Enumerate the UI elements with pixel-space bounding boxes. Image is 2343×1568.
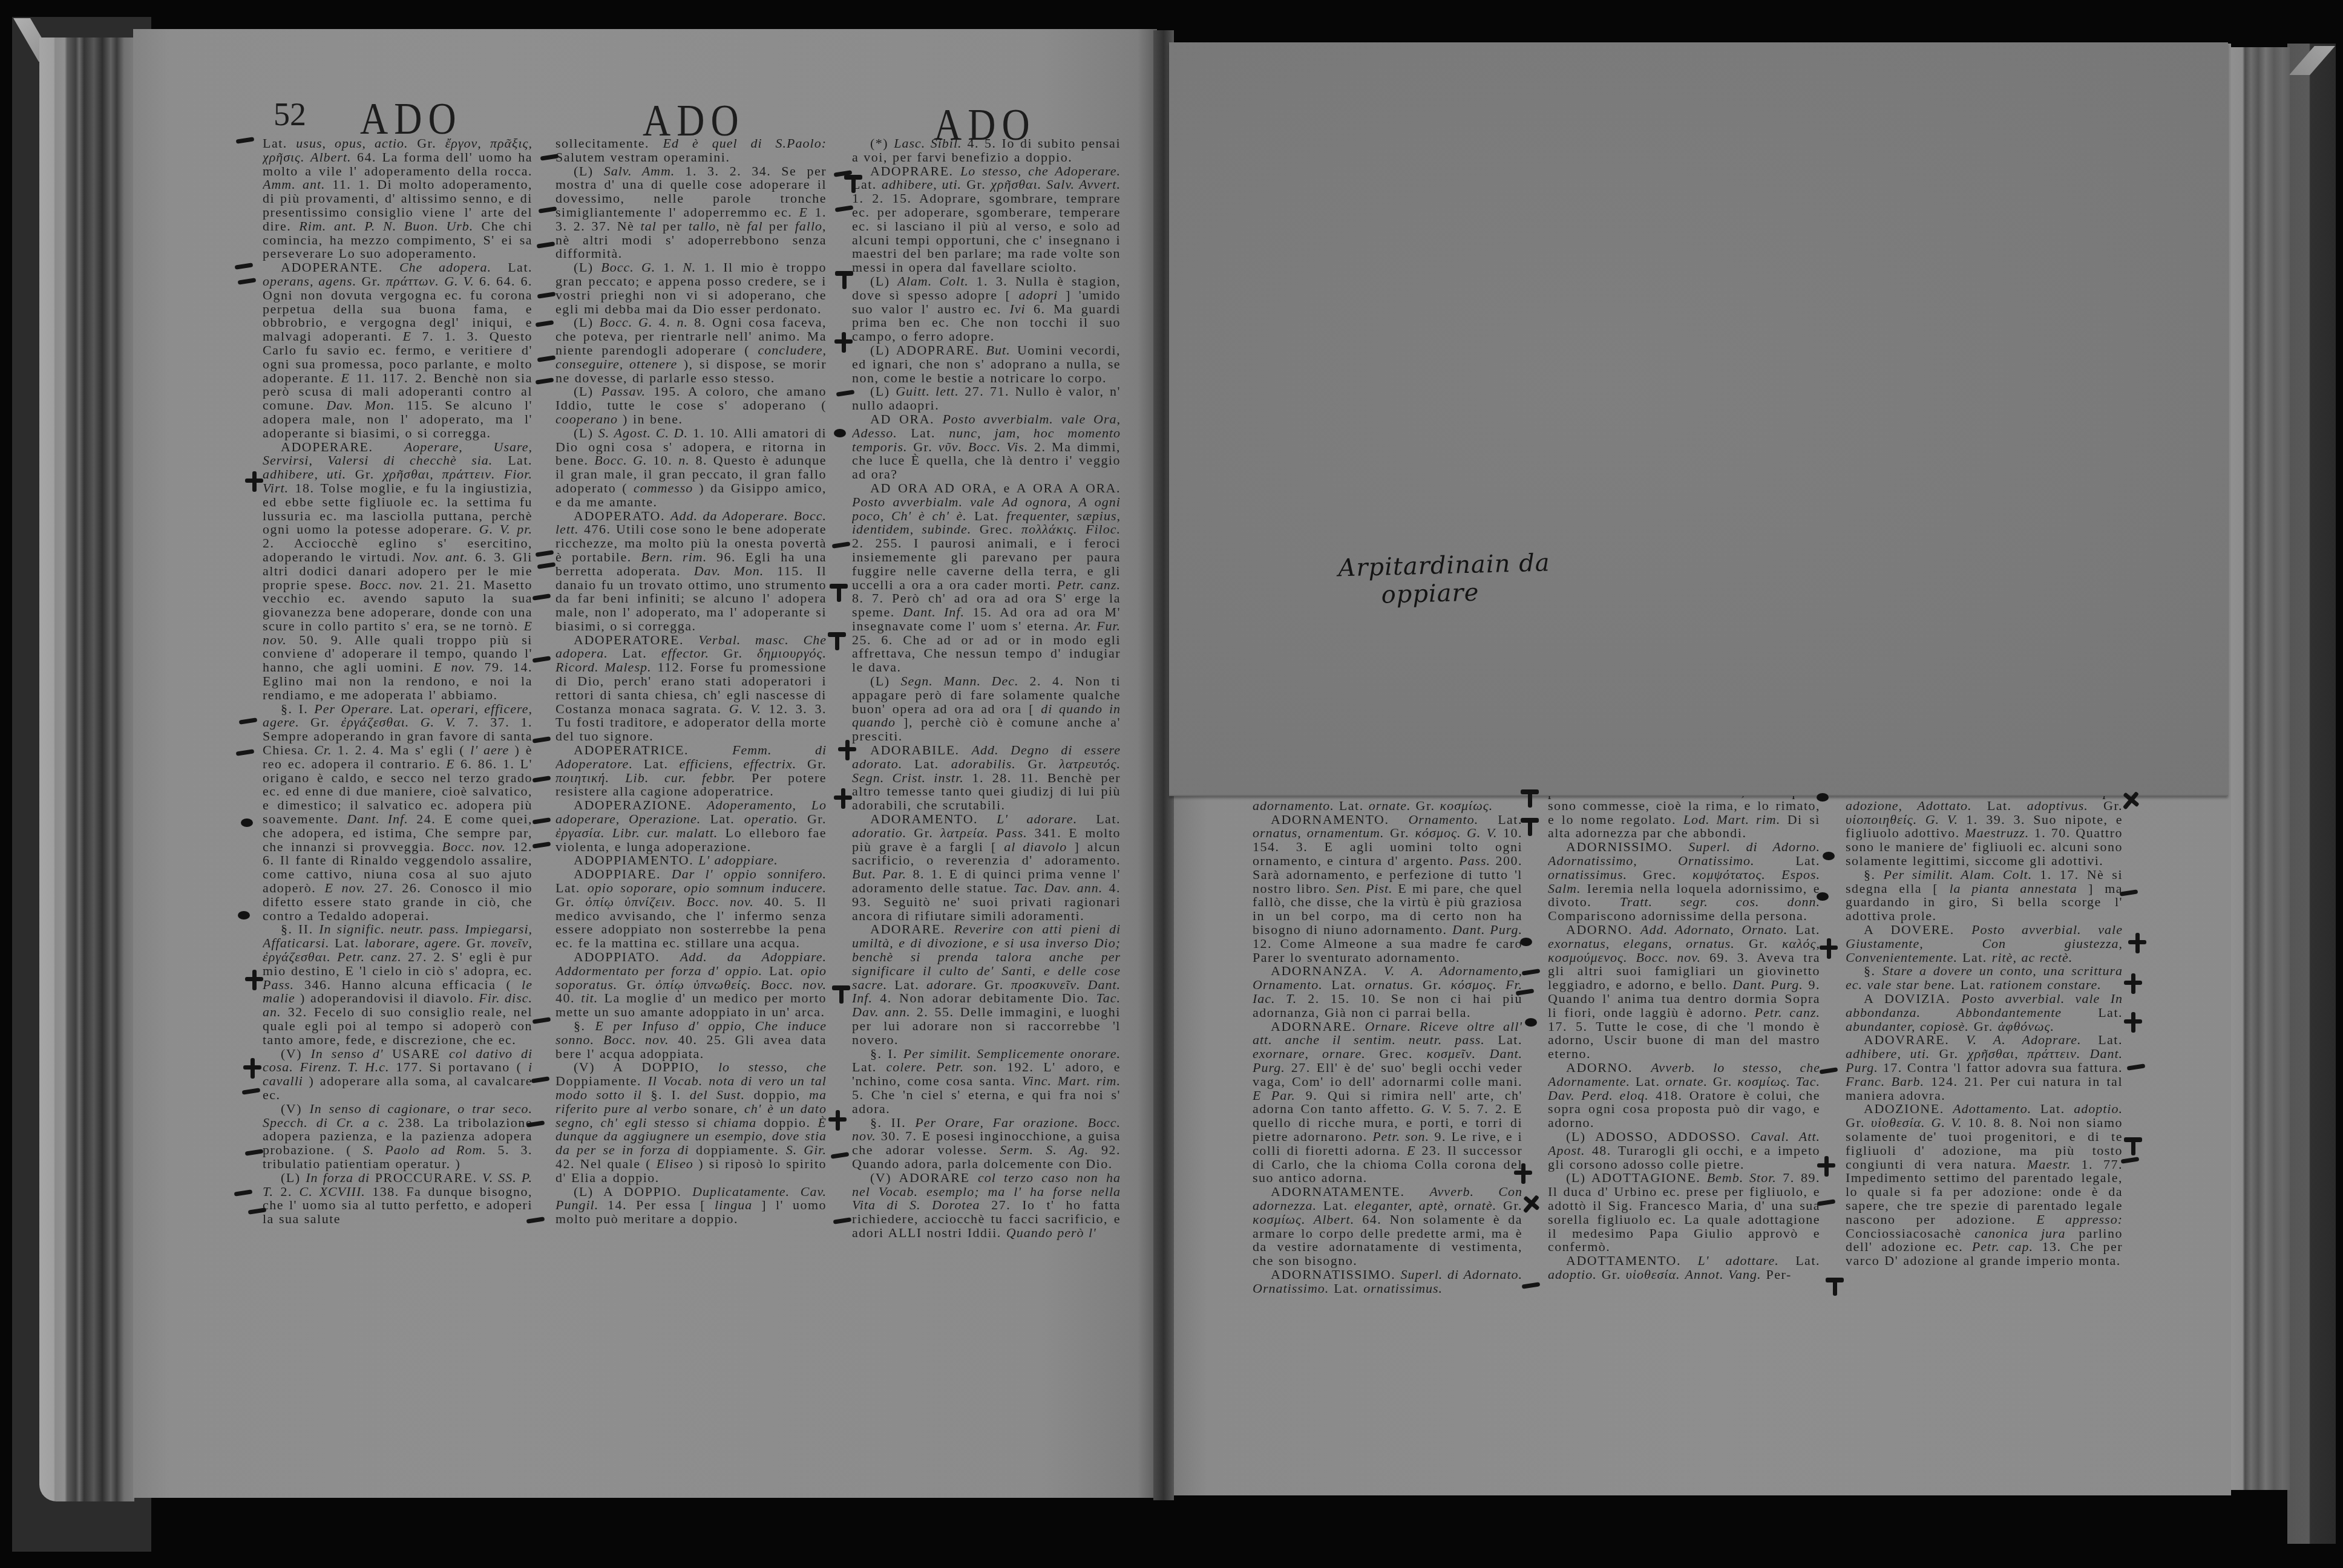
italic-text: Pass. — [1459, 853, 1490, 868]
italic-text: Vinc. Mart. rim. — [1022, 1073, 1121, 1088]
italic-text: Bocc. nov. — [603, 1032, 669, 1047]
italic-text: Dav. Mon. — [326, 397, 395, 413]
italic-text: χρῆσθαι. — [991, 177, 1041, 192]
dictionary-entry: (L) Salv. Amm. 1. 3. 2. 34. Se per mostr… — [555, 165, 827, 261]
italic-text: κοσμεῖν. — [1427, 1046, 1476, 1061]
dictionary-entry: ADOPPIATO. Add. da Adoppiare. Addormenta… — [555, 950, 827, 1019]
right-page-column-1: ADORNAMENTE. Avverb. Con adornamento. La… — [1253, 785, 1522, 1315]
italic-text: Dant. Inf. — [347, 811, 408, 826]
book-scan: 52 ADO ADO ADO Lat. usus, opus, actio. G… — [0, 0, 2343, 1568]
italic-text: λατρευτός. — [1059, 756, 1121, 771]
italic-text: usus, opus, actio. — [296, 137, 408, 151]
italic-text: E — [341, 370, 350, 385]
italic-text: col terzo caso non ha nel Vocab. esemplo… — [852, 1170, 1121, 1213]
left-page-column-2: sollecitamente. Ed è quel di S.Paolo: Sa… — [555, 137, 827, 1344]
italic-text: laborare, agere. — [364, 935, 461, 950]
dictionary-entry: ADOPERARE. Aoperare, Usare, Servirsi, Va… — [263, 440, 532, 702]
italic-text: Bocc. G. — [600, 315, 653, 330]
italic-text: G. V. — [1925, 812, 1958, 827]
italic-text: S. Agost. C. D. — [598, 425, 688, 440]
italic-text: Bern. rim. — [641, 549, 707, 564]
italic-text: Caval. Att. Apost. — [1548, 1129, 1820, 1158]
italic-text: Petr. canz. — [1057, 577, 1121, 592]
italic-text: adorabilis. — [951, 756, 1016, 771]
italic-text: Superl. di Adorno. Adornatissimo, Ornati… — [1548, 839, 1820, 868]
italic-text: Bemb. Stor. — [1707, 1170, 1777, 1185]
dictionary-entry: (L) A DOPPIO. Duplicatamente. Cav. Pungi… — [555, 1185, 827, 1226]
italic-text: πολλάκις. — [1021, 521, 1078, 537]
italic-text: cooperano — [555, 411, 618, 426]
italic-text: operans, agens. — [263, 273, 356, 289]
dictionary-entry: (V) In senso d' USARE col dativo di cosa… — [263, 1047, 532, 1102]
handwritten-note: Arpitardinain da oppiare — [1338, 549, 1551, 610]
italic-text: Dant. Purg. — [1732, 977, 1803, 992]
page-number: 52 — [274, 98, 306, 131]
italic-text: Ar. Fur. — [1075, 618, 1121, 633]
italic-text: Lib. cur. febbr. — [625, 770, 735, 785]
italic-text: rationem constare. — [1990, 977, 2101, 992]
italic-text: Quando però l' — [1006, 1225, 1096, 1240]
dictionary-entry: (L) ADOSSO, ADDOSSO. Caval. Att. Apost. … — [1548, 1130, 1820, 1171]
italic-text: Tratt. segr. cos. donn. — [1620, 894, 1820, 909]
dictionary-entry: §. II. Per Orare, Far orazione. Bocc. no… — [852, 1116, 1121, 1171]
italic-text: ἐργασία. — [555, 825, 605, 840]
italic-text: la pianta annestata — [1949, 881, 2077, 896]
italic-text: S. Gir. — [786, 1142, 827, 1157]
italic-text: abundanter, copiosè. — [1846, 1019, 1969, 1034]
italic-text: n. — [678, 452, 690, 468]
italic-text: Bocc. nov. — [359, 577, 423, 592]
italic-text: Pass. — [263, 977, 294, 992]
italic-text: ornate. — [1665, 1074, 1708, 1089]
italic-text: Dant. Inf. — [903, 604, 965, 619]
dictionary-entry: ADORAMENTO. L' adorare. Lat. adoratio. G… — [852, 812, 1121, 923]
italic-text: concludere, conseguire, ottenere — [555, 342, 827, 371]
italic-text: L' adottare. — [1697, 1253, 1778, 1268]
italic-text: V. A. Adoprare. — [1966, 1032, 2082, 1047]
italic-text: adoptivus. — [2027, 798, 2088, 813]
dictionary-entry: (L) Segn. Mann. Dec. 2. 4. Non ti appaga… — [852, 675, 1121, 743]
dictionary-entry: (L) ADOTTAGIONE. Bemb. Stor. 7. 89. Il d… — [1548, 1171, 1820, 1254]
handwritten-note-line-2: oppiare — [1339, 577, 1551, 610]
italic-text: Maestruzz. — [1965, 825, 2029, 840]
italic-text: Serm. S. Ag. — [1000, 1142, 1089, 1157]
italic-text: Petr. canz. — [1755, 1005, 1820, 1020]
italic-text: fallo — [795, 218, 822, 234]
italic-text: Lod. Mart. rim. — [1683, 812, 1780, 827]
italic-text: canonica jura — [1974, 1226, 2065, 1241]
italic-text: E nov. — [324, 880, 365, 895]
italic-text: E — [1407, 1143, 1415, 1158]
pasted-paper-sheet — [1169, 42, 2228, 796]
italic-text: Lasc. Sibil. — [894, 137, 962, 151]
italic-text: Petr. son. — [936, 1059, 997, 1074]
italic-text: κόσμος. — [1451, 977, 1497, 992]
italic-text: Annot. Vang. — [1685, 1267, 1761, 1282]
italic-text: l' aere — [470, 742, 509, 757]
italic-text: υἱοθεσία. — [1871, 1115, 1925, 1130]
right-page-column-2: per le accidentali adornezze, che quivi … — [1548, 785, 1820, 1315]
italic-text: Nov. ant. — [413, 549, 468, 564]
italic-text: Filoc. — [1086, 521, 1121, 537]
dictionary-entry: ADORARE. Reverire con atti pieni di umil… — [852, 923, 1121, 1047]
italic-text: ornate. — [1369, 798, 1411, 813]
italic-text: E — [799, 204, 808, 220]
dictionary-entry: ADORNARE. Ornare. Riceve oltre all' att.… — [1253, 1020, 1522, 1186]
italic-text: adoptio. — [2074, 1101, 2123, 1116]
italic-text: κοσμίως. — [1737, 1074, 1791, 1089]
italic-text: In forza di — [306, 1170, 370, 1185]
left-page-edges — [39, 38, 134, 1501]
dictionary-entry: ADORNO. Avverb. lo stesso, che Adornamen… — [1548, 1061, 1820, 1130]
italic-text: n. — [677, 315, 689, 330]
italic-text: Duplicatamente. — [692, 1184, 790, 1199]
italic-text: In senso di cagionare, o trar seco. — [309, 1101, 532, 1116]
italic-text: υἱοθεσία. — [1626, 1267, 1680, 1282]
italic-text: Firenz. T. H.c. — [300, 1059, 389, 1074]
italic-text: ritè, ac rectè. — [1992, 950, 2073, 965]
italic-text: Ivi — [1009, 301, 1025, 316]
italic-text: ornatus, ornamentum. — [1253, 825, 1384, 840]
italic-text: Add. da Adoperare. — [670, 508, 788, 523]
italic-text: Dant. Inf. — [852, 977, 1121, 1006]
dictionary-entry: (L) ADOPRARE. But. Uomini vecordi, ed ig… — [852, 344, 1121, 385]
italic-text: Lo stesso, che Adoperare. — [960, 163, 1121, 178]
italic-text: di quando in quando — [852, 701, 1121, 730]
italic-text: adhibere, uti. — [263, 466, 346, 482]
dictionary-entry: A DOVIZIA. Posto avverbial. vale In abbo… — [1846, 992, 2123, 1033]
italic-text: Bocc. G. — [594, 452, 647, 468]
italic-text: Franc. Barb. — [1846, 1074, 1924, 1089]
dictionary-entry: ADORNO. Add. Adornato, Ornato. Lat. exor… — [1548, 923, 1820, 1061]
italic-text: tit. — [581, 990, 598, 1005]
dictionary-entry: ADORNATAMENTE. Avverb. Con adornezza. La… — [1253, 1185, 1522, 1268]
dictionary-entry: (*) Lasc. Sibil. 4. 5. Io di subito pens… — [852, 137, 1121, 165]
italic-text: Guitt. lett. — [896, 384, 958, 399]
italic-text: E — [446, 756, 454, 771]
handwritten-note-line-1: Arpitardinain da — [1338, 549, 1550, 582]
italic-text: Eliseo — [657, 1156, 693, 1171]
dictionary-entry: ADOPERAZIONE. Adoperamento, Lo adoperare… — [555, 799, 827, 854]
italic-text: ornatus. — [1365, 977, 1414, 992]
italic-text: Bocc. G. — [601, 260, 655, 275]
italic-text: Che adopera. — [399, 260, 491, 275]
italic-text: opio soporare, opio somnum inducere. — [588, 880, 827, 895]
italic-text: Maestr. — [2027, 1157, 2071, 1172]
italic-text: Ornamento. — [1408, 812, 1478, 827]
italic-text: fal — [747, 218, 762, 234]
italic-text: Dav. Mon. — [694, 563, 764, 578]
italic-text: E nov. — [433, 659, 475, 675]
dictionary-entry: ADOVRARE. V. A. Adoprare. Lat. adhibere,… — [1846, 1033, 2123, 1102]
right-page-column-3: ADOTTIVO. Add. Che attiene per adozione,… — [1846, 785, 2123, 1315]
italic-text: adhibere, uti. — [882, 177, 962, 192]
italic-text: But. Par. — [852, 866, 906, 881]
dictionary-entry: (L) Passav. 195. A coloro, che amano Idd… — [555, 385, 827, 426]
italic-text: Passav. — [601, 384, 646, 399]
dictionary-entry: §. I. Per Operare. Lat. operari, efficer… — [263, 702, 532, 923]
italic-text: adoratio. — [852, 825, 906, 840]
italic-text: πράττων. — [386, 273, 439, 289]
dictionary-entry: ADORNISSIMO. Superl. di Adorno. Adornati… — [1548, 840, 1820, 923]
italic-text: κοσμίως. — [1440, 798, 1493, 813]
dictionary-entry: (V) ADORARE col terzo caso non ha nel Vo… — [852, 1171, 1121, 1240]
italic-text: Add. Adornato, Ornato. — [1640, 922, 1788, 937]
dictionary-entry: (L) Bocc. G. 4. n. 8. Ogni cosa faceva, … — [555, 316, 827, 385]
italic-text: Petr. canz. — [337, 949, 402, 964]
italic-text: L' adorare. — [997, 811, 1077, 826]
dictionary-entry: sollecitamente. Ed è quel di S.Paolo: Sa… — [555, 137, 827, 165]
italic-text: E — [402, 328, 411, 344]
italic-text: κομψότατος. — [1693, 867, 1766, 882]
italic-text: Per Operare. — [314, 701, 393, 716]
italic-text: Per similit. Alam. Colt. — [1884, 867, 2033, 882]
dictionary-entry: §. Stare a dovere un conto, una scrittur… — [1846, 964, 2123, 992]
italic-text: Ornare. Riceve oltre all' att. anche il … — [1253, 1019, 1522, 1048]
italic-text: δημιουργός. — [757, 645, 827, 661]
italic-text: Bocc. nov. — [442, 839, 506, 854]
italic-text: But. — [986, 342, 1011, 358]
italic-text: Fir. disc. an. — [263, 990, 532, 1019]
italic-text: G. V. — [1421, 1101, 1452, 1116]
italic-text: Adottamento. — [1953, 1101, 2031, 1116]
italic-text: efficiens, effectrix. — [679, 756, 796, 771]
italic-text: Alam. Colt. — [897, 273, 969, 289]
italic-text: Petr. son. — [1372, 1129, 1429, 1144]
italic-text: Segn. Crist. instr. — [852, 770, 964, 785]
italic-text: G. V. pr. — [479, 521, 532, 537]
italic-text: Cr. — [314, 742, 332, 757]
dictionary-entry: ADORNAMENTO. Ornamento. Lat. ornatus, or… — [1253, 813, 1522, 965]
italic-text: ὀπίῳ ὑπνίζειν. — [585, 894, 676, 909]
dictionary-entry: ADOPRARE. Lo stesso, che Adoperare. Lat.… — [852, 165, 1121, 275]
italic-text: Dar l' oppio sonnifero. — [672, 866, 827, 881]
italic-text: del Sust. — [690, 1087, 745, 1102]
italic-text: Posto avverbial. vale Giustamente, Con g… — [1846, 922, 2123, 965]
italic-text: G. V. — [421, 714, 456, 730]
italic-text: Albert. — [1314, 1212, 1355, 1227]
italic-text: E appresso: — [2036, 1212, 2123, 1227]
italic-text: tallo — [689, 218, 716, 234]
italic-text: S. Paolo ad Rom. — [363, 1142, 487, 1157]
dictionary-entry: §. II. In signific. neutr. pass. Impiega… — [263, 923, 532, 1047]
italic-text: operatio. — [744, 811, 798, 826]
dictionary-entry: AD ORA AD ORA, e A ORA A ORA. Posto avve… — [852, 482, 1121, 675]
italic-text: ornatissimus. — [1363, 1281, 1443, 1296]
italic-text: κοσμίως. — [1253, 1212, 1306, 1227]
italic-text: al diavolo — [1004, 839, 1067, 854]
dictionary-entry: AD ORA. Posto avverbialm. vale Ora, Ades… — [852, 413, 1121, 482]
right-page-edges — [2227, 47, 2290, 1490]
dictionary-entry: ADOZIONE. Adottamento. Lat. adoptio. Gr.… — [1846, 1102, 2123, 1268]
dictionary-entry: ADOPPIARE. Dar l' oppio sonnifero. Lat. … — [555, 867, 827, 950]
dictionary-entry: ADOPERATO. Add. da Adoperare. Bocc. lett… — [555, 509, 827, 633]
italic-text: Posto avverbial. vale In abbondanza. Abb… — [1846, 991, 2123, 1020]
italic-text: commesso — [634, 480, 693, 495]
italic-text: ποιητική. — [555, 770, 609, 785]
italic-text: Salv. Amm. — [604, 163, 675, 178]
left-page-column-3: (*) Lasc. Sibil. 4. 5. Io di subito pens… — [852, 137, 1121, 1331]
italic-text: Ricord. Malesp. — [555, 659, 651, 675]
italic-text: νῦν. — [939, 439, 962, 454]
italic-text: Libr. cur. malatt. — [612, 825, 718, 840]
italic-text: χρῆσθαι, πράττειν. — [1968, 1046, 2081, 1061]
italic-text: Tac. Dav. ann. — [852, 990, 1121, 1019]
dictionary-entry: (V) In senso di cagionare, o trar seco. … — [263, 1102, 532, 1171]
italic-text: Bocc. Vis. — [968, 439, 1029, 454]
italic-text: Tac. Dav. ann. — [1014, 880, 1103, 895]
italic-text: E nov. — [263, 618, 532, 647]
italic-text: C. XCVIII. — [300, 1184, 365, 1199]
italic-text: adhibere, uti. — [1846, 1046, 1930, 1061]
italic-text: exornare, ornare. — [1253, 1046, 1366, 1061]
italic-text: Per similit. Semplicemente onorare. — [903, 1046, 1121, 1061]
italic-text: Bocc. nov. — [687, 894, 754, 909]
italic-text: adoptio. — [1548, 1267, 1597, 1282]
italic-text: Per Orare, Far orazione. — [915, 1115, 1078, 1130]
italic-text: L' adoppiare. — [698, 852, 778, 867]
dictionary-entry: ADORNANZA. V. A. Adornamento, Ornamento.… — [1253, 964, 1522, 1019]
italic-text: Amm. ant. — [263, 177, 326, 192]
italic-text: eleganter, aptè, ornatè. — [1354, 1198, 1496, 1213]
dictionary-entry: (V) A DOPPIO, lo stesso, che Doppiamente… — [555, 1060, 827, 1184]
dictionary-entry: (L) S. Agost. C. D. 1. 10. Alli amatori … — [555, 426, 827, 509]
dictionary-entry: §. I. Per similit. Semplicemente onorare… — [852, 1047, 1121, 1116]
italic-text: Pass. — [996, 825, 1027, 840]
left-page-column-1: Lat. usus, opus, actio. Gr. ἔργον, πρᾶξι… — [263, 137, 532, 1344]
italic-text: Bocc. nov. — [1636, 950, 1701, 965]
italic-text: G. V. — [1932, 1115, 1962, 1130]
italic-text: G. V. — [729, 701, 761, 716]
italic-text: exornatus, elegans, ornatus. — [1548, 936, 1735, 951]
italic-text: Rim. ant. P. N. Buon. Urb. — [299, 218, 473, 234]
italic-text: ὀπίῳ ὑπνωθείς. — [655, 977, 751, 992]
italic-text: E per Infuso d' oppio, Che induce sonno. — [555, 1018, 827, 1047]
running-head-left: ADO — [360, 97, 462, 142]
italic-text: Dant. Purg. — [1452, 922, 1522, 937]
italic-text: ornatissimus. — [1548, 867, 1627, 882]
dictionary-entry: ADOPPIAMENTO. L' adoppiare. — [555, 854, 827, 867]
dictionary-entry: ADORNATISSIMO. Superl. di Adornato. Orna… — [1253, 1268, 1522, 1296]
dictionary-entry: §. Per similit. Alam. Colt. 1. 17. Nè si… — [1846, 868, 2123, 923]
dictionary-entry: (L) Bocc. G. 1. N. 1. Il mio è troppo gr… — [555, 261, 827, 316]
dictionary-entry: §. E per Infuso d' oppio, Che induce son… — [555, 1019, 827, 1060]
dictionary-entry: ADORABILE. Add. Degno di essere adorato.… — [852, 743, 1121, 812]
italic-text: G. V. — [444, 273, 474, 289]
dictionary-entry: ADOPERANTE. Che adopera. Lat. operans, a… — [263, 261, 532, 440]
italic-text: G. V. — [1467, 825, 1498, 840]
italic-text: Sen. Pist. — [1335, 881, 1392, 896]
italic-text: lo stesso, che — [718, 1059, 827, 1074]
dictionary-entry: (L) Guitt. lett. 27. 71. Nullo è valor, … — [852, 385, 1121, 413]
italic-text: Aoperare, Usare, Servirsi, Valersi di ch… — [263, 439, 532, 468]
italic-text: Specch. di Cr. a c. — [263, 1115, 389, 1130]
right-book-board — [2287, 44, 2336, 1544]
italic-text: adopri — [1018, 287, 1058, 302]
italic-text: κόσμος. — [1415, 825, 1461, 840]
italic-text: Albert. — [310, 149, 352, 165]
italic-text: υἱοποιηθείς. — [1846, 812, 1917, 827]
italic-text: effector. — [661, 645, 709, 661]
dictionary-entry: ADOPERATRICE. Femm. di Adoperatore. Lat.… — [555, 743, 827, 799]
dictionary-entry: ADOPERATORE. Verbal. masc. Che adopera. … — [555, 633, 827, 743]
italic-text: Add. da Adoppiare. Addormentato per forz… — [555, 949, 827, 978]
italic-text: λατρεία. — [940, 825, 988, 840]
italic-text: Petr. cap. — [1972, 1239, 2033, 1254]
italic-text: tal — [641, 218, 657, 234]
italic-text: Segn. Mann. Dec. — [901, 673, 1019, 688]
italic-text: χρῆσθαι, πράττειν. — [383, 466, 496, 482]
italic-text: Salv. Avvert. — [1046, 177, 1121, 192]
italic-text: ἀφθόνως. — [1998, 1019, 2054, 1034]
dictionary-entry: Lat. usus, opus, actio. Gr. ἔργον, πρᾶξι… — [263, 137, 532, 261]
italic-text: Reverire con atti pieni di umiltà, e di … — [852, 921, 1121, 991]
italic-text: ἐργάζεσθαι. — [341, 714, 409, 730]
italic-text: adorare. — [926, 977, 977, 992]
italic-text: Bocc. nov. — [761, 977, 827, 992]
italic-text: colere. — [886, 1059, 927, 1074]
dictionary-entry: (L) Alam. Colt. 1. 3. Nulla è stagion, d… — [852, 275, 1121, 344]
dictionary-entry: (L) In forza di PROCCURARE. V. SS. P. T.… — [263, 1171, 532, 1226]
italic-text: Ed è quel di S.Paolo: — [663, 137, 827, 151]
italic-text: In senso d' — [311, 1046, 384, 1061]
dictionary-entry: ADOTTIVO. Add. Che attiene per adozione,… — [1846, 785, 2123, 868]
italic-text: lingua — [715, 1197, 752, 1212]
italic-text: προσκυνεῖν. — [1011, 977, 1081, 992]
italic-text: E Par. — [1253, 1088, 1296, 1103]
dictionary-entry: A DOVERE. Posto avverbial. vale Giustame… — [1846, 923, 2123, 964]
dictionary-entry: ADOTTAMENTO. L' adottare. Lat. adoptio. … — [1548, 1254, 1820, 1282]
italic-text: N. — [683, 260, 696, 275]
